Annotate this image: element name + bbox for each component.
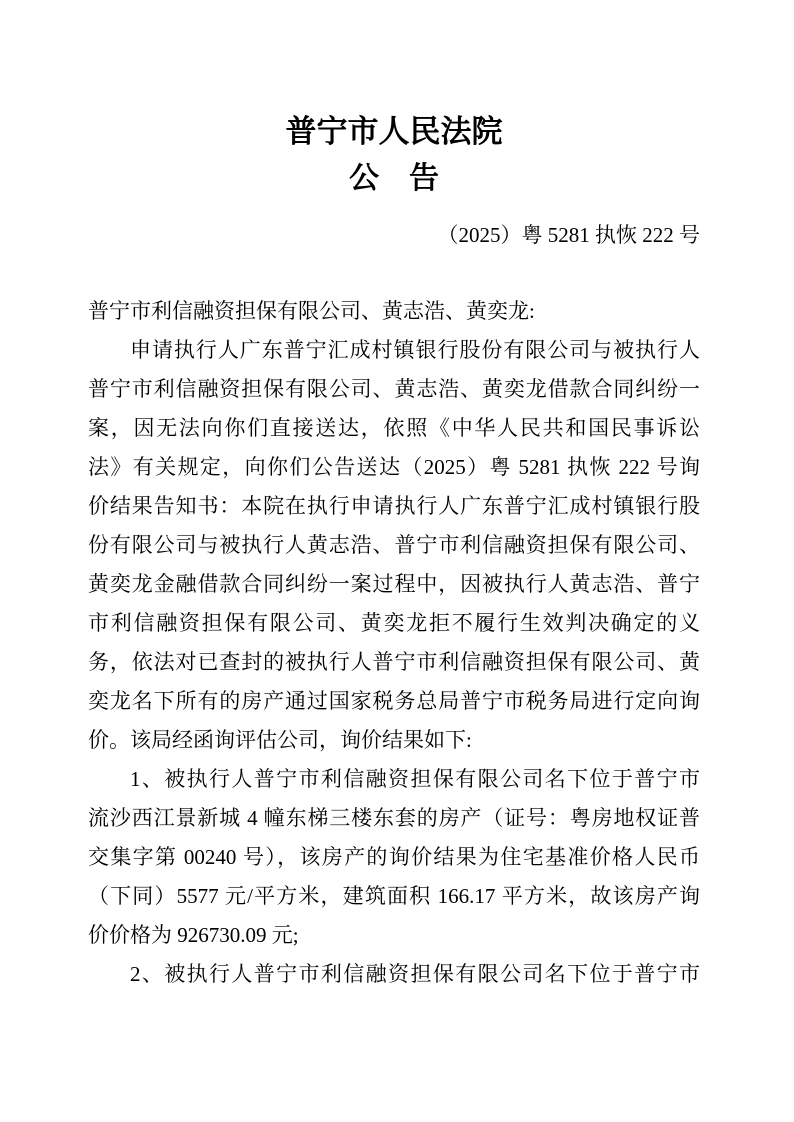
case-number: （2025）粤 5281 执恢 222 号 xyxy=(88,220,700,250)
body-line: 2、被执行人普宁市利信融资担保有限公司名下位于普宁市 xyxy=(88,955,700,994)
document-page: 普宁市人民法院 公 告 （2025）粤 5281 执恢 222 号 普宁市利信融… xyxy=(0,0,794,1122)
court-title: 普宁市人民法院 xyxy=(88,112,700,152)
body-line: 黄奕龙金融借款合同纠纷一案过程中，因被执行人黄志浩、普宁 xyxy=(88,565,700,604)
body-line: 份有限公司与被执行人黄志浩、普宁市利信融资担保有限公司、 xyxy=(88,526,700,565)
body-line: 交集字第 00240 号），该房产的询价结果为住宅基准价格人民币 xyxy=(88,838,700,877)
body-line: 务，依法对已查封的被执行人普宁市利信融资担保有限公司、黄 xyxy=(88,643,700,682)
body-line: 1、被执行人普宁市利信融资担保有限公司名下位于普宁市 xyxy=(88,760,700,799)
body-line: 普宁市利信融资担保有限公司、黄志浩、黄奕龙借款合同纠纷一 xyxy=(88,370,700,409)
body-line: 申请执行人广东普宁汇成村镇银行股份有限公司与被执行人 xyxy=(88,331,700,370)
body-line: 价。该局经函询评估公司，询价结果如下: xyxy=(88,721,700,760)
body-line: 流沙西江景新城 4 幢东梯三楼东套的房产（证号：粤房地权证普 xyxy=(88,799,700,838)
notice-title: 公 告 xyxy=(88,160,700,198)
notice-body: 普宁市利信融资担保有限公司、黄志浩、黄奕龙: 申请执行人广东普宁汇成村镇银行股份… xyxy=(88,292,700,994)
body-line: 价价格为 926730.09 元; xyxy=(88,916,700,955)
body-line: 价结果告知书：本院在执行申请执行人广东普宁汇成村镇银行股 xyxy=(88,487,700,526)
body-line: 市利信融资担保有限公司、黄奕龙拒不履行生效判决确定的义 xyxy=(88,604,700,643)
body-line: 案，因无法向你们直接送达，依照《中华人民共和国民事诉讼 xyxy=(88,409,700,448)
body-line: 法》有关规定，向你们公告送达（2025）粤 5281 执恢 222 号询 xyxy=(88,448,700,487)
body-line: （下同）5577 元/平方米，建筑面积 166.17 平方米，故该房产询 xyxy=(88,877,700,916)
body-line: 普宁市利信融资担保有限公司、黄志浩、黄奕龙: xyxy=(88,292,700,331)
body-line: 奕龙名下所有的房产通过国家税务总局普宁市税务局进行定向询 xyxy=(88,682,700,721)
